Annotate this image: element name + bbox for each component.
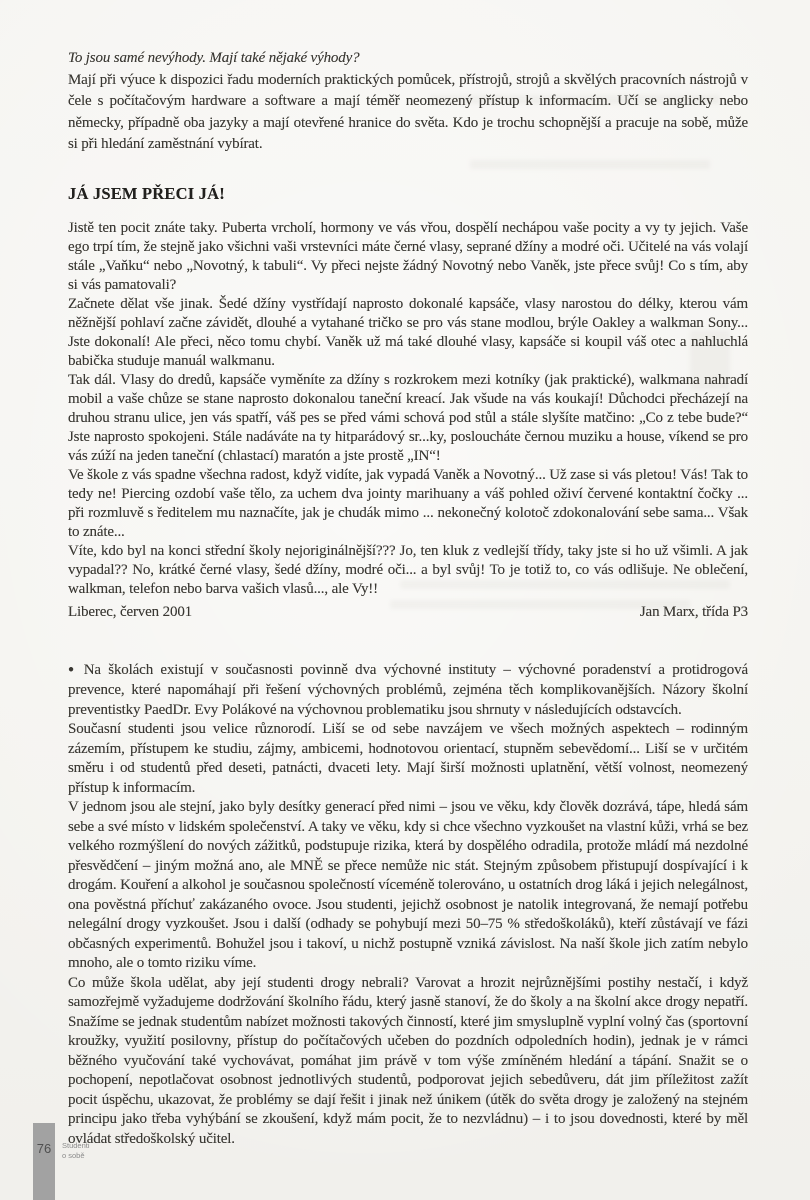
essay-section: JÁ JSEM PŘECI JÁ! Jistě ten pocit znáte … <box>68 184 748 623</box>
commentary-paragraph-text: Na školách existují v současnosti povinn… <box>68 662 748 718</box>
intro-answer-paragraph: Mají při výuce k dispozici řadu moderníc… <box>68 70 748 156</box>
essay-paragraph: Tak dál. Vlasy do dredů, kapsáče vyměnít… <box>68 371 748 466</box>
chapter-label-line1: Studenti <box>62 1141 90 1151</box>
chapter-label: Studenti o sobě <box>62 1141 90 1161</box>
commentary-paragraph: Současní studenti jsou velice různorodí.… <box>68 720 748 798</box>
essay-paragraph: Začnete dělat vše jinak. Šedé džíny vyst… <box>68 295 748 371</box>
text-column: To jsou samé nevýhody. Mají také nějaké … <box>68 0 748 1149</box>
scanned-book-page: To jsou samé nevýhody. Mají také nějaké … <box>0 0 810 1200</box>
intro-question: To jsou samé nevýhody. Mají také nějaké … <box>68 48 748 70</box>
essay-heading: JÁ JSEM PŘECI JÁ! <box>68 184 748 204</box>
commentary-paragraph: Co může škola udělat, aby její studenti … <box>68 974 748 1150</box>
essay-paragraph: Víte, kdo byl na konci střední školy nej… <box>68 542 748 599</box>
page-number-bar: 76 <box>33 1123 55 1200</box>
signature-author: Jan Marx, třída P3 <box>640 602 748 623</box>
chapter-label-line2: o sobě <box>62 1151 90 1161</box>
intro-section: To jsou samé nevýhody. Mají také nějaké … <box>68 48 748 156</box>
commentary-section: ●Na školách existují v současnosti povin… <box>68 661 748 1150</box>
commentary-paragraph: ●Na školách existují v současnosti povin… <box>68 661 748 721</box>
bullet-icon: ● <box>68 664 78 675</box>
commentary-paragraph: V jednom jsou ale stejní, jako byly desí… <box>68 798 748 974</box>
signature-place-date: Liberec, červen 2001 <box>68 602 192 623</box>
essay-paragraph: Jistě ten pocit znáte taky. Puberta vrch… <box>68 219 748 295</box>
page-number: 76 <box>33 1141 55 1156</box>
essay-signature-row: Liberec, červen 2001 Jan Marx, třída P3 <box>68 602 748 623</box>
essay-paragraph: Ve škole z vás spadne všechna radost, kd… <box>68 466 748 542</box>
